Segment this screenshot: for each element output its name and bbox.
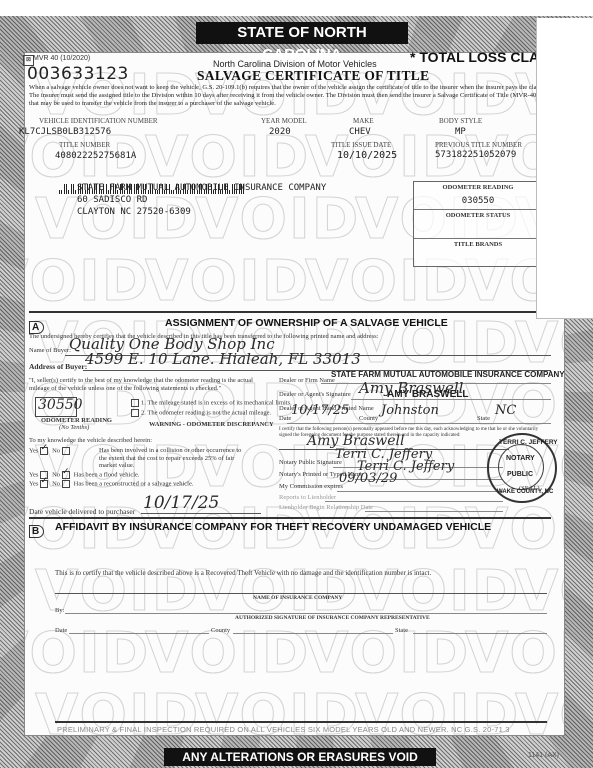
commission-label: My Commission expires	[279, 483, 343, 490]
collision-no-checkbox[interactable]	[62, 447, 70, 455]
control-number: 003633123	[27, 64, 129, 84]
lienholder-date-label: Lienholder Begin Relationship Date	[279, 504, 373, 511]
previous-title-value: 573182251052079	[435, 150, 516, 160]
question-salvage: Yes No Has been a reconstructed or a sal…	[29, 480, 194, 488]
insurance-company-label: NAME OF INSURANCE COMPANY	[253, 595, 342, 601]
certificate-paper: VOIDVOIDVOIDVOIDVOIDVOIDVOIDVOIDVOIDVOID…	[24, 52, 565, 736]
owner-name: STATE FARM MUTUAL AUTOMOBILE INSURANCE C…	[77, 183, 326, 193]
section-b-state-field[interactable]	[413, 633, 547, 634]
intro-text: When a salvage vehicle owner does not wa…	[29, 84, 549, 108]
vin-value: KL7CJLSB0LB312576	[19, 127, 111, 137]
make-value: CHEV	[349, 127, 371, 137]
by-label: By:	[55, 607, 64, 614]
by-field[interactable]	[65, 613, 547, 614]
section-a-title: ASSIGNMENT OF OWNERSHIP OF A SALVAGE VEH…	[165, 317, 448, 329]
certificate-content: ⊠ MVR 40 (10/2020) 003633123 North Carol…	[25, 53, 564, 735]
make-label: MAKE	[353, 117, 374, 125]
date-label: Date	[279, 415, 291, 422]
delivered-label: Date vehicle delivered to purchaser	[29, 507, 135, 516]
section-b-date-label: Date	[55, 627, 67, 634]
state-banner: STATE OF NORTH CAROLINA	[196, 22, 408, 44]
previous-title-label: PREVIOUS TITLE NUMBER	[435, 141, 522, 149]
section-b-header: B	[29, 521, 44, 539]
commission-field[interactable]: 09/03/29	[339, 471, 397, 486]
buyer-name-label: Name of Buyer:	[29, 347, 71, 354]
statement-2: 2. The odometer reading is not the actua…	[129, 409, 271, 417]
odometer-hand-field[interactable]: 30550	[38, 397, 83, 413]
salvage-yes-checkbox[interactable]	[40, 480, 48, 488]
odometer-status-label: ODOMETER STATUS	[414, 212, 542, 219]
odometer-box: ODOMETER READING 030550 ODOMETER STATUS …	[413, 181, 543, 267]
flood-no-checkbox[interactable]	[62, 471, 70, 479]
title-number-label: TITLE NUMBER	[59, 141, 110, 149]
statement-1: 1. The mileage stated is in excess of it…	[129, 399, 292, 407]
collision-question-text: Has been involved in a collision or othe…	[99, 447, 249, 470]
lienholder-label: Reports to Lienholder	[279, 494, 336, 501]
body-style-label: BODY STYLE	[439, 117, 482, 125]
notary-signature-label: Notary Public Signature	[279, 459, 342, 466]
year-label: YEAR MODEL	[261, 117, 307, 125]
collision-yes-checkbox[interactable]	[40, 447, 48, 455]
bottom-form-code: 1141 (AX)	[528, 752, 559, 759]
state-label: State	[477, 415, 490, 422]
section-b-certify: This is to certify that the vehicle desc…	[55, 569, 431, 577]
section-b-rule	[29, 517, 551, 519]
dealer-firm-field[interactable]: STATE FARM MUTUAL AUTOMOBILE INSURANCE C…	[331, 370, 565, 379]
year-value: 2020	[269, 127, 291, 137]
delivered-date-field[interactable]: 10/17/25	[143, 493, 219, 513]
authorized-signature-label: AUTHORIZED SIGNATURE OF INSURANCE COMPAN…	[235, 615, 430, 621]
issue-date-label: TITLE ISSUE DATE	[331, 141, 391, 149]
county-label: County	[359, 415, 378, 422]
statement-1-checkbox[interactable]	[131, 399, 139, 407]
odometer-reading-label: ODOMETER READING	[414, 184, 542, 191]
void-warning-banner: ANY ALTERATIONS OR ERASURES VOID TITLE	[164, 748, 436, 766]
owner-city: CLAYTON NC 27520-6309	[77, 207, 191, 217]
owner-street: 60 SADISCO RD	[77, 195, 147, 205]
section-b-date-field[interactable]	[69, 633, 209, 634]
agent-signature-label: Dealer or Agent's Signature	[279, 391, 351, 398]
form-code: MVR 40 (10/2020)	[33, 55, 90, 62]
section-b-state-label: State	[395, 627, 408, 634]
statement-2-checkbox[interactable]	[131, 409, 139, 417]
section-b-title: AFFIDAVIT BY INSURANCE COMPANY FOR THEFT…	[55, 521, 491, 533]
notary-seal: TERRI C. JEFFERY NOTARY PUBLIC WAKE COUN…	[487, 433, 557, 503]
document-title: SALVAGE CERTIFICATE OF TITLE	[197, 68, 429, 84]
no-tenths-caption: (No Tenths)	[59, 424, 89, 431]
salvage-no-checkbox[interactable]	[62, 480, 70, 488]
section-b-county-field[interactable]	[233, 633, 393, 634]
odometer-reading-value: 030550	[414, 196, 542, 206]
vin-label: VEHICLE IDENTIFICATION NUMBER	[39, 117, 158, 125]
odometer-reading-caption: ODOMETER READING	[41, 417, 112, 424]
total-loss-stamp: * TOTAL LOSS CLAI	[410, 49, 543, 65]
seller-certification: "I, seller(s) certify to the best of my …	[29, 377, 269, 392]
inspection-note: PRELIMINARY & FINAL INSPECTION REQUIRED …	[57, 725, 510, 734]
body-style-value: MP	[455, 127, 466, 137]
state-field[interactable]: NC	[495, 403, 516, 418]
title-number-value: 40802225275681A	[55, 151, 136, 161]
title-brands-label: TITLE BRANDS	[414, 241, 542, 248]
odometer-warning: WARNING - ODOMETER DISCREPANCY	[149, 421, 274, 428]
buyer-address-label: Address of Buyer:	[29, 362, 87, 371]
section-a-rule	[29, 311, 551, 313]
section-b-badge: B	[29, 525, 44, 538]
issue-date-value: 10/10/2025	[337, 150, 397, 161]
side-tag	[536, 18, 593, 319]
date-field[interactable]: 10/17/25	[291, 403, 349, 418]
county-field[interactable]: Johnston	[381, 403, 439, 418]
question-collision: Yes No	[29, 447, 72, 455]
section-b-county-label: County	[211, 627, 230, 634]
buyer-address-field[interactable]: 4599 E. 10 Lane. Hialeah, FL 33013	[85, 350, 361, 368]
